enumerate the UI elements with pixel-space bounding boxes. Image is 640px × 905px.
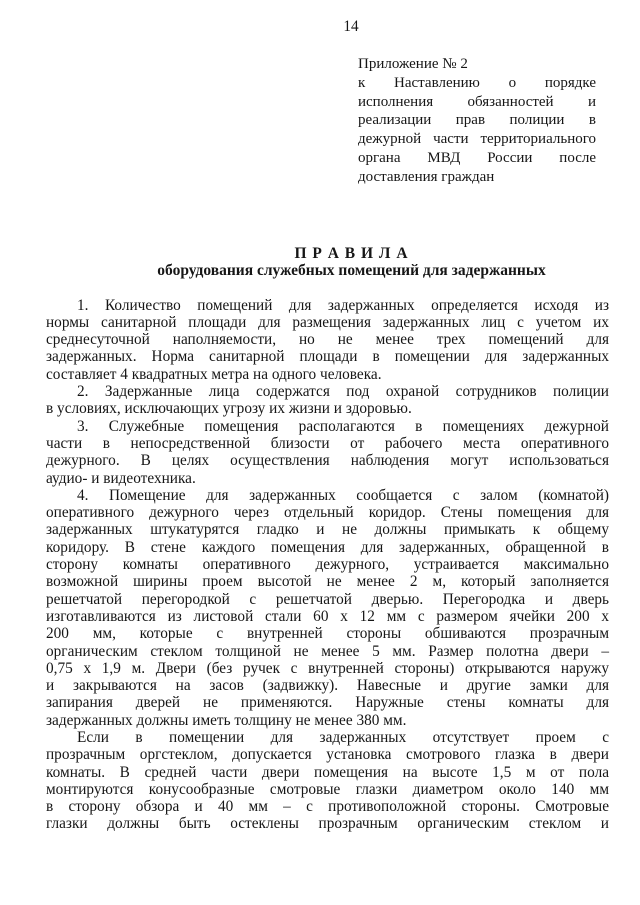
text-line: глазки должны быть остеклены прозрачным … xyxy=(46,815,609,832)
text-line: 3. Служебные помещения располагаются в п… xyxy=(46,418,609,435)
text-line: дежурной части территориального xyxy=(358,130,596,149)
appendix-note: Приложение № 2 к Наставлению о порядке и… xyxy=(358,55,596,187)
text-line: к Наставлению о порядке xyxy=(358,74,596,93)
text-line: доставления граждан xyxy=(358,168,596,187)
text-line: Если в помещении для задержанных отсутст… xyxy=(46,729,609,746)
text-line: задержанных. Норма санитарной площади в … xyxy=(46,348,609,365)
text-line: составляет 4 квадратных метра на одного … xyxy=(46,366,609,383)
paragraph-3: 3. Служебные помещения располагаются в п… xyxy=(46,418,609,487)
text-line: в сторону обзора и 40 мм – с противополо… xyxy=(46,798,609,815)
text-line: дежурного. В целях осуществления наблюде… xyxy=(46,452,609,469)
text-line: комнаты. В средней части двери помещения… xyxy=(46,764,609,781)
paragraph-4: 4. Помещение для задержанных сообщается … xyxy=(46,487,609,729)
text-line: сторону комнаты оперативного дежурного, … xyxy=(46,556,609,573)
page-number-row: 14 xyxy=(93,18,609,35)
text-line: прозрачным оргстеклом, допускается устан… xyxy=(46,746,609,763)
text-line: оперативного дежурного через отдельный к… xyxy=(46,504,609,521)
text-line: аудио- и видеотехника. xyxy=(46,470,609,487)
paragraph-1: 1. Количество помещений для задержанных … xyxy=(46,297,609,383)
text-line: и закрываются на засов (задвижку). Навес… xyxy=(46,677,609,694)
text-line: коридору. В стене каждого помещения для … xyxy=(46,539,609,556)
title-block: П Р А В И Л А оборудования служебных пом… xyxy=(94,245,609,280)
text-line: задержанных должны иметь толщину не мене… xyxy=(46,712,609,729)
text-line: монтируются конусообразные смотровые гла… xyxy=(46,781,609,798)
text-line: органическим стеклом толщиной не менее 5… xyxy=(46,643,609,660)
text-line: запирания дверей не применяются. Наружны… xyxy=(46,694,609,711)
text-line: 200 мм, которые с внутренней стороны обш… xyxy=(46,625,609,642)
text-line: 1. Количество помещений для задержанных … xyxy=(46,297,609,314)
paragraph-2: 2. Задержанные лица содержатся под охран… xyxy=(46,383,609,418)
text-line: реализации прав полиции в xyxy=(358,111,596,130)
text-line: Приложение № 2 xyxy=(358,55,596,74)
text-line: изготавливаются из листовой стали 60 х 1… xyxy=(46,608,609,625)
text-line: 4. Помещение для задержанных сообщается … xyxy=(46,487,609,504)
text-line: исполнения обязанностей и xyxy=(358,93,596,112)
paragraph-5: Если в помещении для задержанных отсутст… xyxy=(46,729,609,833)
document-page: 14 Приложение № 2 к Наставлению о порядк… xyxy=(0,0,640,905)
page-content: 14 Приложение № 2 к Наставлению о порядк… xyxy=(46,0,609,833)
text-line: задержанных штукатурятся гладко и не дол… xyxy=(46,521,609,538)
text-line: органа МВД России после xyxy=(358,149,596,168)
text-line: 2. Задержанные лица содержатся под охран… xyxy=(46,383,609,400)
doc-subtitle: оборудования служебных помещений для зад… xyxy=(94,262,609,280)
page-number: 14 xyxy=(343,18,358,35)
text-line: в условиях, исключающих угрозу их жизни … xyxy=(46,400,609,417)
text-line: среднесуточной наполняемости, но не мене… xyxy=(46,331,609,348)
text-line: части в непосредственной близости от раб… xyxy=(46,435,609,452)
text-line: решетчатой перегородкой с решетчатой две… xyxy=(46,591,609,608)
doc-title: П Р А В И Л А xyxy=(94,245,609,263)
document-body: 1. Количество помещений для задержанных … xyxy=(46,297,609,833)
text-line: возможной ширины проем высотой не менее … xyxy=(46,573,609,590)
text-line: нормы санитарной площади для размещения … xyxy=(46,314,609,331)
text-line: 0,75 х 1,9 м. Двери (без ручек с внутрен… xyxy=(46,660,609,677)
